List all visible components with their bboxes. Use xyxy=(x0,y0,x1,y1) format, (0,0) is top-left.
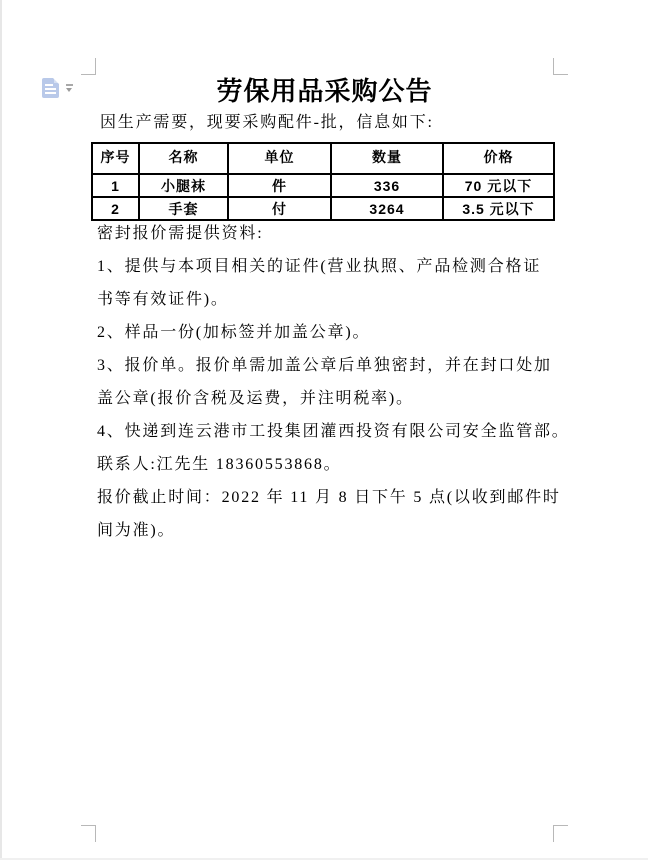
margin-mark-bottom-left xyxy=(81,825,96,842)
cell-unit: 件 xyxy=(228,174,331,197)
header-cell-seq: 序号 xyxy=(92,143,139,174)
margin-mark-bottom-right xyxy=(553,825,568,842)
header-cell-price: 价格 xyxy=(443,143,554,174)
word-document-page: 劳保用品采购公告 因生产需要，现要采购配件-批，信息如下: 序号 名称 单位 数… xyxy=(0,0,648,860)
body-text-block: 密封报价需提供资料: 1、提供与本项目相关的证件(营业执照、产品检测合格证 书等… xyxy=(97,217,563,547)
table-row: 1 小腿袜 件 336 70 元以下 xyxy=(92,174,554,197)
items-table: 序号 名称 单位 数量 价格 1 小腿袜 件 336 70 元以下 2 手套 付… xyxy=(91,142,555,221)
chevron-down-icon[interactable] xyxy=(65,84,74,93)
body-line-item2: 2、样品一份(加标签并加盖公章)。 xyxy=(97,316,563,349)
cell-quantity: 336 xyxy=(331,174,443,197)
cell-price: 70 元以下 xyxy=(443,174,554,197)
page-title: 劳保用品采购公告 xyxy=(96,71,553,108)
body-line-deadline-b: 间为准)。 xyxy=(97,514,563,547)
body-line-item1a: 1、提供与本项目相关的证件(营业执照、产品检测合格证 xyxy=(97,250,563,283)
cell-name: 小腿袜 xyxy=(139,174,228,197)
body-line-materials-heading: 密封报价需提供资料: xyxy=(97,217,563,250)
margin-mark-top-left xyxy=(81,58,96,75)
body-line-item4: 4、快递到连云港市工投集团灌西投资有限公司安全监管部。 xyxy=(97,415,563,448)
window-left-edge xyxy=(0,0,2,860)
paste-options-icon xyxy=(42,78,59,98)
header-cell-quantity: 数量 xyxy=(331,143,443,174)
body-line-item3b: 盖公章(报价含税及运费，并注明税率)。 xyxy=(97,382,563,415)
body-line-deadline-a: 报价截止时间：2022 年 11 月 8 日下午 5 点(以收到邮件时 xyxy=(97,481,563,514)
body-line-item1b: 书等有效证件)。 xyxy=(97,283,563,316)
header-cell-name: 名称 xyxy=(139,143,228,174)
cell-seq: 1 xyxy=(92,174,139,197)
body-line-contact: 联系人:江先生 18360553868。 xyxy=(97,448,563,481)
intro-paragraph: 因生产需要，现要采购配件-批，信息如下: xyxy=(100,112,560,134)
body-line-item3a: 3、报价单。报价单需加盖公章后单独密封，并在封口处加 xyxy=(97,349,563,382)
table-header-row: 序号 名称 单位 数量 价格 xyxy=(92,143,554,174)
header-cell-unit: 单位 xyxy=(228,143,331,174)
paste-options-button[interactable] xyxy=(40,76,76,102)
margin-mark-top-right xyxy=(553,58,568,75)
